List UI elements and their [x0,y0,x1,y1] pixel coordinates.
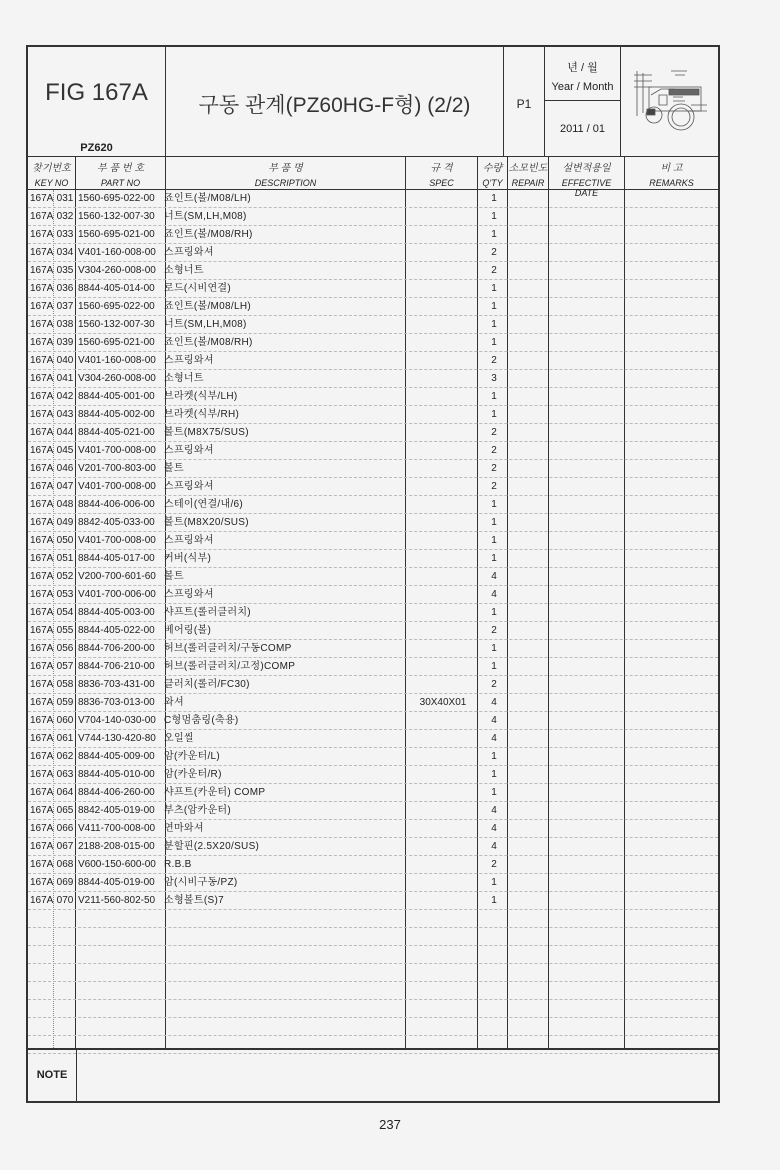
table-row: 167A060V704-140-030-00C형멈춤링(축용)4 [28,712,718,730]
key-number: 066 [55,820,75,838]
table-row: 167A0698844-405-019-00암(시비구동/PZ)1 [28,874,718,892]
description: 너트(SM,LH,M08) [164,208,247,226]
rice-transplanter-icon [629,65,709,137]
table-row: 167A034V401-160-008-00스프링와셔2 [28,244,718,262]
key-number: 031 [55,190,75,208]
table-row: 167A041V304-260-008-00소형너트3 [28,370,718,388]
machine-illustration-box [621,47,718,157]
key-number: 064 [55,784,75,802]
key-number: 069 [55,874,75,892]
description: 스프링와셔 [164,586,214,604]
table-row: 167A053V401-700-006-00스프링와셔4 [28,586,718,604]
table-row: 167A066V411-700-008-00연마와셔4 [28,820,718,838]
key-number: 054 [55,604,75,622]
fig-code: 167A [30,892,53,910]
description: C형멈춤링(축용) [164,712,239,730]
key-number: 048 [55,496,75,514]
part-number: 1560-695-022-00 [78,298,155,316]
fig-code: 167A [30,334,53,352]
table-row: 167A068V600-150-600-00R.B.B2 [28,856,718,874]
quantity: 2 [480,424,508,442]
fig-code: 167A [30,838,53,856]
key-number: 052 [55,568,75,586]
quantity: 4 [480,730,508,748]
key-number: 063 [55,766,75,784]
key-number: 057 [55,658,75,676]
model-name: PZ620 [28,142,165,154]
part-number: 8844-406-260-00 [78,784,155,802]
table-row: 167A0568844-706-200-00허브(롤러클러치/구동COMP1 [28,640,718,658]
fig-code: 167A [30,586,53,604]
quantity: 2 [480,244,508,262]
description: 스프링와셔 [164,442,214,460]
fig-code: 167A [30,532,53,550]
description: 암(카운터/L) [164,748,220,766]
table-row: 167A046V201-700-803-00볼트2 [28,460,718,478]
column-header-remarks: 비 고REMARKS [625,157,718,190]
part-number: 1560-695-021-00 [78,226,155,244]
column-header-effective-date: 설변적용일EFFECTIVE DATE [549,157,625,190]
part-number: 2188-208-015-00 [78,838,155,856]
quantity: 1 [480,334,508,352]
fig-code: 167A [30,406,53,424]
fig-code: 167A [30,676,53,694]
part-number: V411-700-008-00 [78,820,155,838]
column-header-description: 부 품 명DESCRIPTION [166,157,406,190]
fig-code: 167A [30,442,53,460]
quantity: 3 [480,370,508,388]
description: 로드(시비연결) [164,280,231,298]
key-number: 044 [55,424,75,442]
quantity: 2 [480,352,508,370]
column-header-part-no: 부 품 번 호PART NO [76,157,166,190]
description: 베어링(볼) [164,622,211,640]
table-row: 167A050V401-700-008-00스프링와셔1 [28,532,718,550]
table-row: 167A045V401-700-008-00스프링와셔2 [28,442,718,460]
column-header-repair: 소모빈도REPAIR [508,157,549,190]
key-number: 061 [55,730,75,748]
description: 소형볼트(S)7 [164,892,224,910]
part-number: 8844-405-021-00 [78,424,155,442]
fig-code: 167A [30,496,53,514]
fig-code: 167A [30,478,53,496]
part-number: 1560-132-007-30 [78,208,155,226]
key-number: 068 [55,856,75,874]
table-row: 167A061V744-130-420-80오일씰4 [28,730,718,748]
quantity: 1 [480,532,508,550]
description: 샤프트(롤러클러치) [164,604,251,622]
description: 너트(SM,LH,M08) [164,316,247,334]
table-row: 167A0371560-695-022-00죠인트(볼/M08/LH)1 [28,298,718,316]
key-number: 062 [55,748,75,766]
part-number: V401-700-008-00 [78,442,156,460]
part-number: 8844-405-022-00 [78,622,155,640]
quantity: 1 [480,280,508,298]
part-number: 8844-405-001-00 [78,388,155,406]
key-number: 053 [55,586,75,604]
fig-code: 167A [30,370,53,388]
description: 커버(식부) [164,550,211,568]
key-number: 060 [55,712,75,730]
part-number: V401-700-008-00 [78,532,156,550]
table-row: 167A0518844-405-017-00커버(식부)1 [28,550,718,568]
description: 스프링와셔 [164,478,214,496]
fig-code: 167A [30,226,53,244]
note-label: NOTE [28,1050,77,1101]
fig-code: 167A [30,550,53,568]
table-row: 167A0598836-703-013-00와셔30X40X014 [28,694,718,712]
year-month-label-en: Year / Month [545,81,620,93]
description: 분할핀(2.5X20/SUS) [164,838,259,856]
part-number: 1560-695-021-00 [78,334,155,352]
quantity: 4 [480,838,508,856]
fig-code: 167A [30,712,53,730]
table-row [28,1000,718,1018]
table-row: 167A0428844-405-001-00브라켓(식부/LH)1 [28,388,718,406]
description: R.B.B [164,856,192,874]
description: 허브(롤러클러치/고정)COMP [164,658,295,676]
fig-code: 167A [30,604,53,622]
quantity: 4 [480,820,508,838]
key-number: 032 [55,208,75,226]
table-row: 167A052V200-700-601-60볼트4 [28,568,718,586]
title-box: 구동 관계(PZ60HG-F형) (2/2) [166,47,504,157]
table-row: 167A070V211-560-802-50소형볼트(S)71 [28,892,718,910]
table-row: 167A0588836-703-431-00클러치(롤러/FC30)2 [28,676,718,694]
year-month-label-ko: 년 / 월 [545,59,620,75]
column-header-qty: 수량Q'TY [478,157,508,190]
key-number: 049 [55,514,75,532]
quantity: 1 [480,550,508,568]
fig-code: 167A [30,748,53,766]
key-number: 046 [55,460,75,478]
page-indicator: P1 [504,97,544,111]
part-number: V304-260-008-00 [78,262,156,280]
quantity: 1 [480,874,508,892]
quantity: 2 [480,262,508,280]
description: 죠인트(볼/M08/RH) [164,226,253,244]
quantity: 4 [480,694,508,712]
quantity: 1 [480,190,508,208]
table-row: 167A0368844-405-014-00로드(시비연결)1 [28,280,718,298]
fig-code: 167A [30,190,53,208]
part-number: V600-150-600-00 [78,856,156,874]
table-row [28,946,718,964]
figure-number: FIG 167A [28,79,165,107]
quantity: 2 [480,622,508,640]
spec: 30X40X01 [408,694,478,712]
fig-code: 167A [30,730,53,748]
year-month-box: 년 / 월 Year / Month 2011 / 01 [545,47,621,157]
table-row: 167A0488844-406-006-00스테이(연결/내/6)1 [28,496,718,514]
fig-code: 167A [30,424,53,442]
part-number: V744-130-420-80 [78,730,156,748]
fig-code: 167A [30,244,53,262]
description: 소형너트 [164,262,204,280]
table-row: 167A040V401-160-008-00스프링와셔2 [28,352,718,370]
part-number: 8844-405-009-00 [78,748,155,766]
fig-code: 167A [30,262,53,280]
table-row [28,928,718,946]
description: 볼트 [164,568,184,586]
page-number: 237 [0,1117,780,1132]
key-number: 051 [55,550,75,568]
key-number: 067 [55,838,75,856]
part-number: 8844-405-002-00 [78,406,155,424]
quantity: 1 [480,640,508,658]
table-row: 167A0578844-706-210-00허브(롤러클러치/고정)COMP1 [28,658,718,676]
table-row: 167A0391560-695-021-00죠인트(볼/M08/RH)1 [28,334,718,352]
table-row: 167A0638844-405-010-00암(카운터/R)1 [28,766,718,784]
description: 죠인트(볼/M08/RH) [164,334,253,352]
key-number: 058 [55,676,75,694]
part-number: 8844-405-010-00 [78,766,155,784]
quantity: 1 [480,658,508,676]
quantity: 1 [480,388,508,406]
fig-code: 167A [30,694,53,712]
description: 부츠(암카운터) [164,802,231,820]
description: 브라켓(식부/RH) [164,406,239,424]
description: 소형너트 [164,370,204,388]
table-row: 167A047V401-700-008-00스프링와셔2 [28,478,718,496]
part-number: V201-700-803-00 [78,460,156,478]
part-number: 1560-695-022-00 [78,190,155,208]
quantity: 2 [480,478,508,496]
table-row [28,982,718,1000]
part-number: V200-700-601-60 [78,568,156,586]
column-header-spec: 규 격SPEC [406,157,478,190]
description: 스테이(연결/내/6) [164,496,243,514]
fig-code: 167A [30,298,53,316]
key-number: 070 [55,892,75,910]
table-row: 167A0448844-405-021-00볼트(M8X75/SUS)2 [28,424,718,442]
part-number: V304-260-008-00 [78,370,156,388]
description: 브라켓(식부/LH) [164,388,238,406]
description: 스프링와셔 [164,352,214,370]
fig-code: 167A [30,316,53,334]
quantity: 4 [480,568,508,586]
quantity: 1 [480,496,508,514]
fig-code: 167A [30,856,53,874]
quantity: 1 [480,208,508,226]
part-number: 8844-706-210-00 [78,658,155,676]
note-section: NOTE [28,1048,718,1101]
fig-code: 167A [30,388,53,406]
key-number: 050 [55,532,75,550]
description: 연마와셔 [164,820,204,838]
part-number: 8836-703-013-00 [78,694,155,712]
fig-code: 167A [30,352,53,370]
key-number: 043 [55,406,75,424]
fig-code: 167A [30,208,53,226]
description: 암(카운터/R) [164,766,222,784]
column-header-key-no: 찾기번호KEY NO [28,157,76,190]
part-number: V211-560-802-50 [78,892,155,910]
fig-code: 167A [30,460,53,478]
description: 스프링와셔 [164,532,214,550]
table-row: 167A0658842-405-019-00부츠(암카운터)4 [28,802,718,820]
quantity: 2 [480,460,508,478]
part-number: 1560-132-007-30 [78,316,155,334]
quantity: 1 [480,298,508,316]
key-number: 047 [55,478,75,496]
part-number: 8836-703-431-00 [78,676,155,694]
table-row: 167A0498842-405-033-00볼트(M8X20/SUS)1 [28,514,718,532]
page-indicator-box: P1 [504,47,545,157]
key-number: 056 [55,640,75,658]
quantity: 1 [480,766,508,784]
fig-code: 167A [30,568,53,586]
description: 스프링와셔 [164,244,214,262]
quantity: 4 [480,802,508,820]
description: 샤프트(카운터) COMP [164,784,265,802]
description: 죠인트(볼/M08/LH) [164,190,251,208]
quantity: 1 [480,406,508,424]
key-number: 034 [55,244,75,262]
year-month-value: 2011 / 01 [545,123,620,135]
quantity: 1 [480,892,508,910]
table-row: 167A0381560-132-007-30너트(SM,LH,M08)1 [28,316,718,334]
fig-code: 167A [30,280,53,298]
fig-code: 167A [30,514,53,532]
description: 죠인트(볼/M08/LH) [164,298,251,316]
quantity: 2 [480,856,508,874]
table-row: 167A035V304-260-008-00소형너트2 [28,262,718,280]
table-row: 167A0548844-405-003-00샤프트(롤러클러치)1 [28,604,718,622]
table-row: 167A0628844-405-009-00암(카운터/L)1 [28,748,718,766]
quantity: 1 [480,604,508,622]
quantity: 4 [480,586,508,604]
parts-list-sheet: FIG 167A PZ620 구동 관계(PZ60HG-F형) (2/2) P1… [26,45,720,1103]
quantity: 1 [480,784,508,802]
fig-code: 167A [30,784,53,802]
key-number: 036 [55,280,75,298]
part-number: 8844-406-006-00 [78,496,155,514]
table-row: 167A0331560-695-021-00죠인트(볼/M08/RH)1 [28,226,718,244]
quantity: 2 [480,676,508,694]
part-number: 8844-405-014-00 [78,280,155,298]
part-number: 8844-405-019-00 [78,874,155,892]
table-row: 167A0438844-405-002-00브라켓(식부/RH)1 [28,406,718,424]
part-number: V704-140-030-00 [78,712,156,730]
description: 허브(롤러클러치/구동COMP [164,640,292,658]
key-number: 035 [55,262,75,280]
fig-code: 167A [30,820,53,838]
fig-code: 167A [30,658,53,676]
fig-code: 167A [30,802,53,820]
part-number: V401-700-006-00 [78,586,156,604]
part-number: 8844-706-200-00 [78,640,155,658]
key-number: 055 [55,622,75,640]
description: 오일씰 [164,730,194,748]
table-row [28,1018,718,1036]
fig-code: 167A [30,766,53,784]
description: 클러치(롤러/FC30) [164,676,250,694]
part-number: 8844-405-017-00 [78,550,155,568]
part-number: 8842-405-019-00 [78,802,155,820]
description: 볼트 [164,460,184,478]
table-row: 167A0672188-208-015-00분할핀(2.5X20/SUS)4 [28,838,718,856]
table-row [28,964,718,982]
quantity: 1 [480,748,508,766]
table-row: 167A0321560-132-007-30너트(SM,LH,M08)1 [28,208,718,226]
table-row: 167A0311560-695-022-00죠인트(볼/M08/LH)1 [28,190,718,208]
fig-code: 167A [30,874,53,892]
figure-box: FIG 167A PZ620 [28,47,166,157]
fig-code: 167A [30,622,53,640]
table-row: 167A0558844-405-022-00베어링(볼)2 [28,622,718,640]
part-number: V401-700-008-00 [78,478,156,496]
description: 볼트(M8X75/SUS) [164,424,249,442]
part-number: 8842-405-033-00 [78,514,155,532]
part-number: V401-160-008-00 [78,244,156,262]
quantity: 2 [480,442,508,460]
description: 암(시비구동/PZ) [164,874,238,892]
fig-code: 167A [30,640,53,658]
key-number: 059 [55,694,75,712]
key-number: 045 [55,442,75,460]
page-title: 구동 관계(PZ60HG-F형) (2/2) [166,89,503,119]
key-number: 042 [55,388,75,406]
key-number: 065 [55,802,75,820]
key-number: 033 [55,226,75,244]
parts-table-body: 167A0311560-695-022-00죠인트(볼/M08/LH)1167A… [28,190,718,1048]
key-number: 037 [55,298,75,316]
table-row [28,910,718,928]
quantity: 1 [480,514,508,532]
description: 볼트(M8X20/SUS) [164,514,249,532]
key-number: 041 [55,370,75,388]
quantity: 1 [480,226,508,244]
key-number: 039 [55,334,75,352]
quantity: 1 [480,316,508,334]
table-row: 167A0648844-406-260-00샤프트(카운터) COMP1 [28,784,718,802]
part-number: V401-160-008-00 [78,352,156,370]
description: 와셔 [164,694,184,712]
part-number: 8844-405-003-00 [78,604,155,622]
key-number: 040 [55,352,75,370]
key-number: 038 [55,316,75,334]
quantity: 4 [480,712,508,730]
